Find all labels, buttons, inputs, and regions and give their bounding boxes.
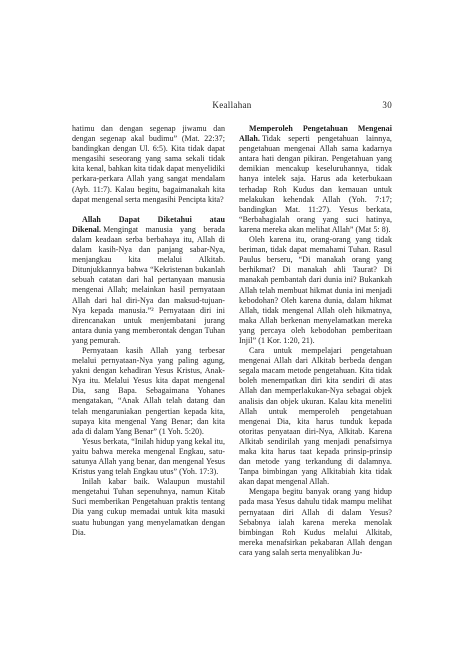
running-header: Keallahan 30 — [72, 100, 392, 114]
paragraph-text: Mengingat manusia yang berada dalam kead… — [72, 225, 225, 345]
paragraph: Inilah kabar baik. Walaupun mustahil men… — [72, 477, 225, 538]
paragraph: Cara untuk mempelajari pengetahuan menge… — [239, 346, 392, 487]
paragraph: Memperoleh Pengetahuan Mengenai Allah.Ti… — [239, 124, 392, 235]
page-title: Keallahan — [72, 100, 392, 110]
paragraph-text: Cara untuk mempelajari pengetahuan menge… — [239, 346, 392, 486]
book-page: Keallahan 30 hatimu dan dengan segenap j… — [0, 0, 460, 650]
paragraph-text: Pernyataan kasih Allah yang terbesar mel… — [72, 346, 225, 436]
paragraph: hatimu dan dengan segenap jiwamu dan den… — [72, 124, 225, 205]
left-column: hatimu dan dengan segenap jiwamu dan den… — [72, 124, 225, 558]
paragraph: Allah Dapat Diketahui atau Dikenal.Mengi… — [72, 215, 225, 346]
paragraph: Mengapa begitu banyak orang yang hidup p… — [239, 487, 392, 558]
paragraph-text: Yesus berkata, “Inilah hidup yang kekal … — [72, 437, 225, 476]
paragraph-text: hatimu dan dengan segenap jiwamu dan den… — [72, 124, 225, 204]
paragraph: Yesus berkata, “Inilah hidup yang kekal … — [72, 437, 225, 477]
paragraph: Pernyataan kasih Allah yang terbesar mel… — [72, 346, 225, 437]
paragraph: Oleh karena itu, orang-orang yang tidak … — [239, 235, 392, 346]
paragraph-text: Oleh karena itu, orang-orang yang tidak … — [239, 235, 392, 345]
paragraph-text: Inilah kabar baik. Walaupun mustahil men… — [72, 477, 225, 536]
page-number: 30 — [382, 100, 392, 110]
paragraph-text: Mengapa begitu banyak orang yang hidup p… — [239, 487, 392, 557]
text-body: hatimu dan dengan segenap jiwamu dan den… — [72, 124, 392, 558]
paragraph-text: Tidak seperti pengetahuan lainnya, penge… — [239, 134, 392, 234]
right-column: Memperoleh Pengetahuan Mengenai Allah.Ti… — [239, 124, 392, 558]
